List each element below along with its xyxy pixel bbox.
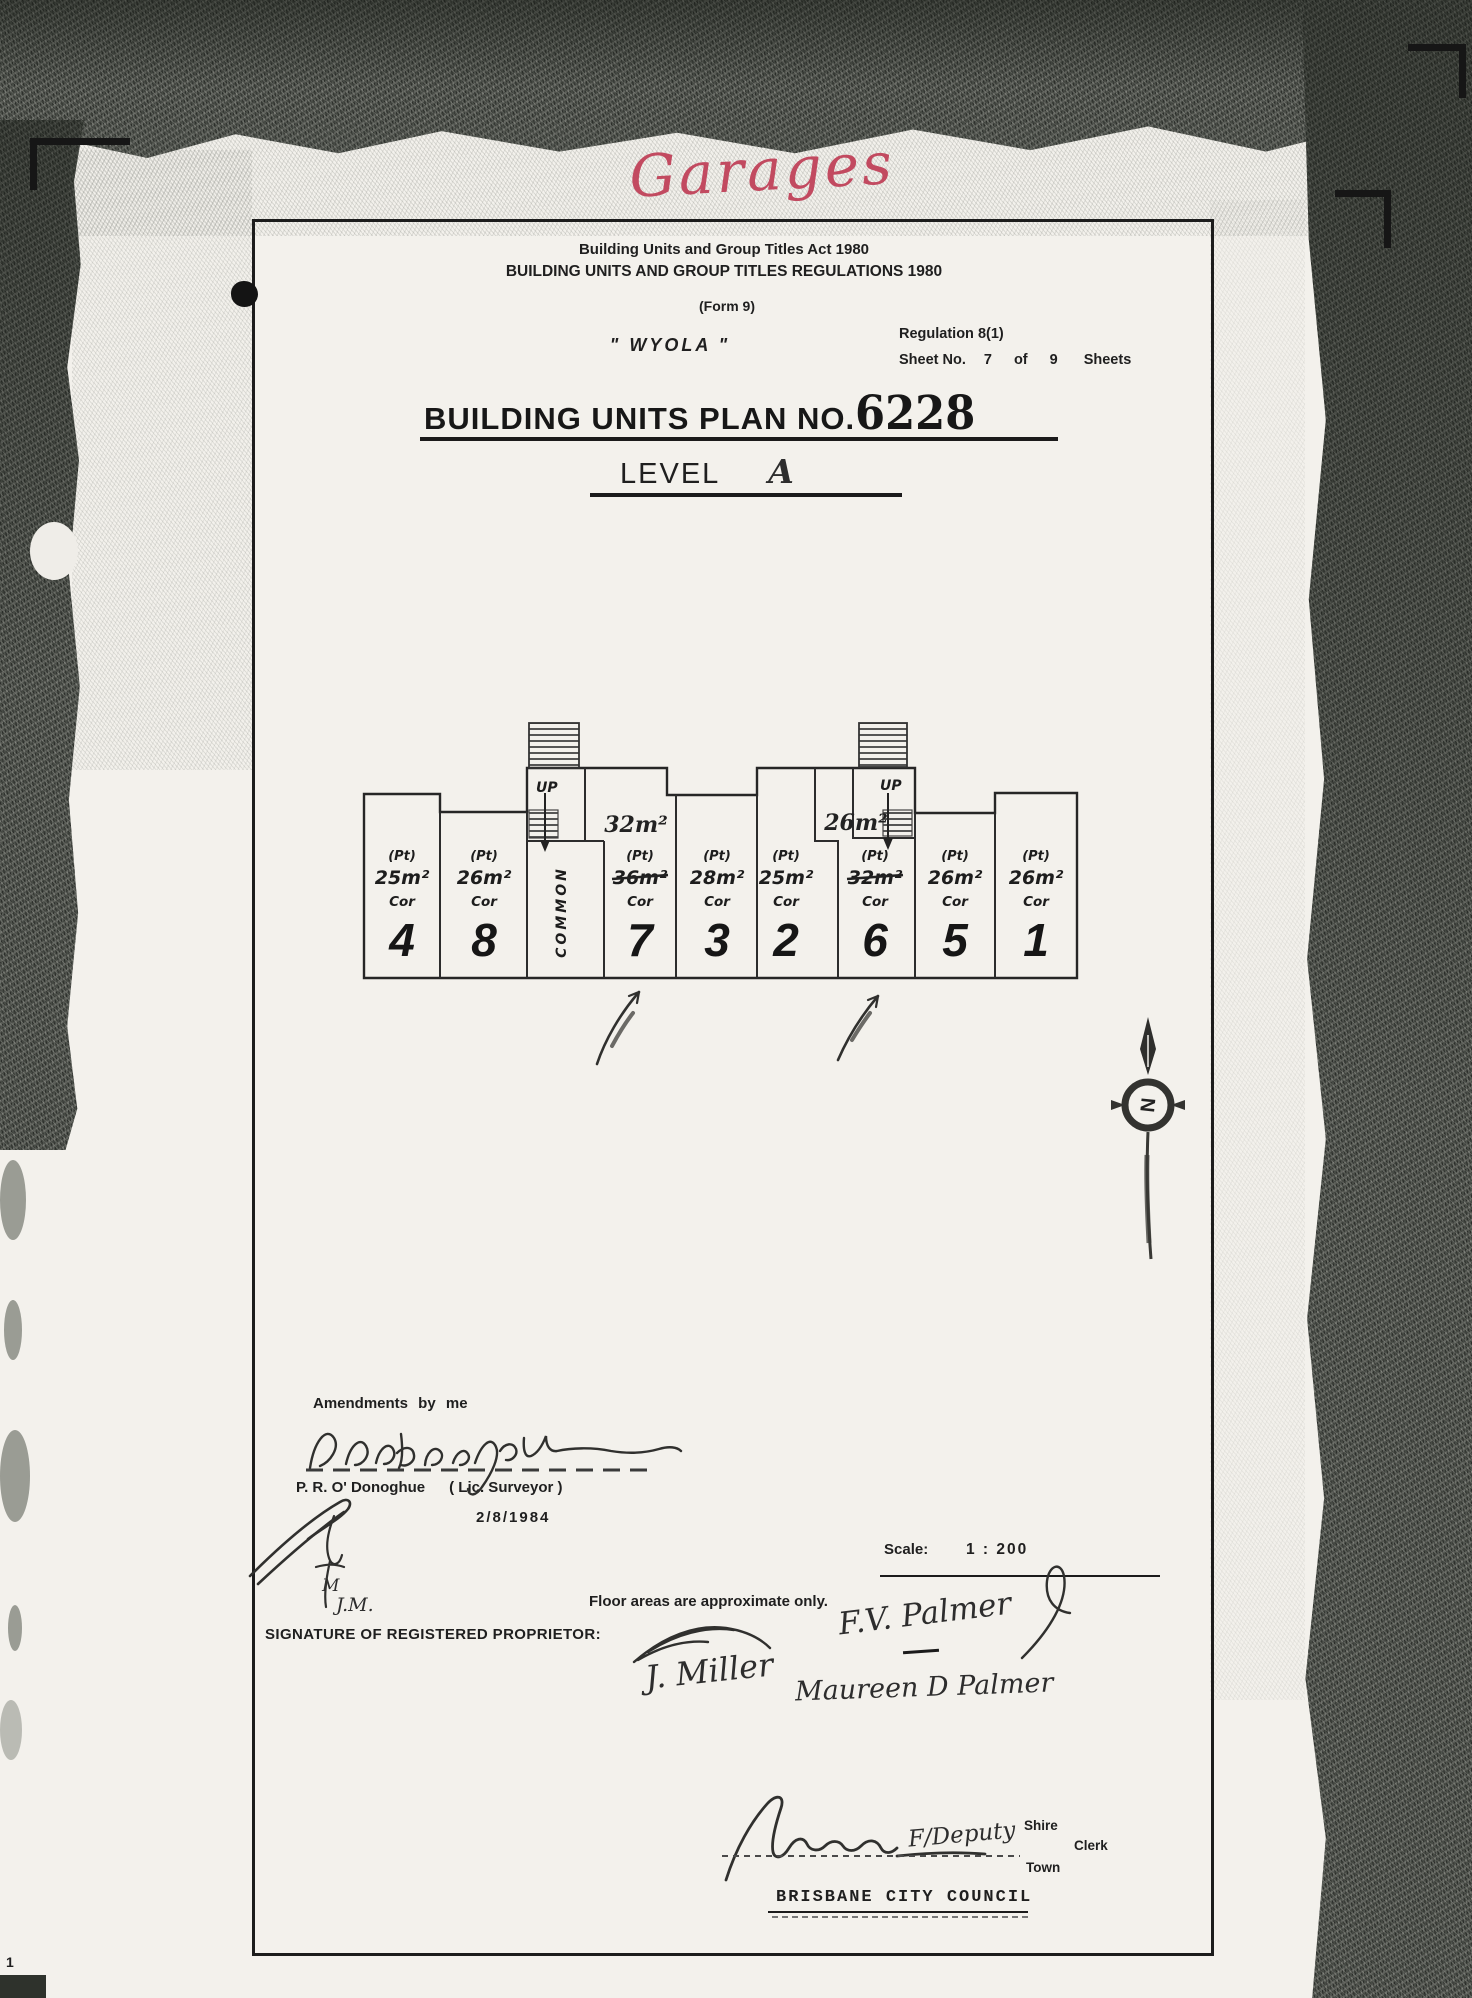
- unit-area-label: 25m²: [375, 867, 430, 889]
- unit-pt-label: (Pt): [861, 849, 889, 864]
- unit-number: 5: [942, 914, 969, 966]
- level-value: A: [768, 452, 794, 491]
- scan-mist-left: [72, 150, 252, 770]
- unit-cor-label: Cor: [773, 894, 800, 910]
- unit-number: 3: [704, 914, 730, 966]
- unit-cor-label: Cor: [704, 894, 731, 910]
- corner-bracket-top-right-inner: [1384, 190, 1391, 248]
- unit-number: 1: [1023, 914, 1049, 966]
- unit-area-label: 26m²: [928, 867, 983, 889]
- unit-pt-label: (Pt): [941, 849, 969, 864]
- unit-corrected-area: 32m²: [604, 812, 668, 838]
- unit-number: 8: [471, 914, 497, 966]
- unit-cor-label: Cor: [389, 894, 416, 910]
- title-underline: [420, 437, 1058, 441]
- unit-pt-label: (Pt): [626, 849, 654, 864]
- unit-pt-label: (Pt): [772, 849, 800, 864]
- pen-arrow-to-unit-6: [838, 996, 878, 1060]
- common-area-label: COMMON: [554, 866, 570, 958]
- sheet-of: of: [1014, 352, 1028, 368]
- pen-arrow-to-unit-7: [597, 992, 639, 1064]
- scan-noise-right: [1302, 0, 1472, 1998]
- surveyor-name: P. R. O' Donoghue: [296, 1479, 425, 1496]
- unit-number: 7: [627, 914, 655, 966]
- stair-down-arrowhead: [540, 840, 550, 852]
- north-label: N: [1135, 1097, 1158, 1114]
- scan-blob: [0, 1160, 26, 1240]
- scan-blob: [0, 1700, 22, 1760]
- unit-pt-label: (Pt): [703, 849, 731, 864]
- unit-pt-label: (Pt): [470, 849, 498, 864]
- unit-area-label: 28m²: [690, 867, 745, 889]
- clerk-label: Clerk: [1074, 1838, 1108, 1853]
- scan-blob: [8, 1605, 22, 1651]
- scale-label: Scale:: [884, 1541, 928, 1558]
- north-compass: N: [1085, 1005, 1215, 1275]
- sheet-total: 9: [1050, 352, 1058, 368]
- scan-mist-right: [1210, 200, 1305, 1700]
- up-label-left: UP: [536, 780, 558, 796]
- level-label: LEVEL: [620, 458, 720, 491]
- council-underline-dashed: [772, 1916, 1028, 1918]
- plan-number: 6228: [855, 390, 975, 437]
- unit-cor-label: Cor: [942, 894, 969, 910]
- page-number: 1: [6, 1954, 14, 1970]
- corner-bracket-top-left: [30, 138, 37, 190]
- form-line: (Form 9): [699, 298, 755, 314]
- corner-bracket-top-right-outer: [1408, 44, 1466, 51]
- plan-title: BUILDING UNITS PLAN NO.: [424, 401, 855, 437]
- scan-blob: [4, 1300, 22, 1360]
- handwritten-garages-note: Garages: [628, 129, 897, 211]
- corner-bracket-top-right-inner: [1335, 190, 1391, 197]
- level-row: LEVEL A: [620, 452, 794, 491]
- unit-area-label: 26m²: [1009, 867, 1064, 889]
- town-label: Town: [1026, 1860, 1060, 1875]
- sheet-line: Sheet No. 7 of 9 Sheets: [899, 352, 1131, 368]
- hole-punch-dot: [231, 281, 258, 307]
- proprietor-initial-jm: J.M.: [336, 1594, 374, 1616]
- unit-number: 2: [772, 914, 799, 966]
- unit-pt-label: (Pt): [1022, 849, 1050, 864]
- scale-value: 1 : 200: [966, 1541, 1028, 1559]
- unit-cor-label: Cor: [471, 894, 498, 910]
- scanned-survey-plan-page: { "page": { "handwritten_note": "Garages…: [0, 0, 1472, 1998]
- unit-number: 6: [862, 914, 888, 966]
- unit-corrected-area: 26m²: [823, 810, 888, 836]
- unit-number: 4: [388, 914, 415, 966]
- floor-plan-drawing: UP UP COMMON (Pt)25m²Cor4(Pt)26m²Cor832m…: [340, 690, 1100, 1110]
- shire-label: Shire: [1024, 1818, 1058, 1833]
- sheet-label: Sheet No.: [899, 352, 966, 368]
- corner-bracket-top-right-outer: [1459, 44, 1466, 98]
- plan-title-row: BUILDING UNITS PLAN NO. 6228: [424, 390, 986, 437]
- up-label-right: UP: [880, 778, 902, 794]
- regulations-line: BUILDING UNITS AND GROUP TITLES REGULATI…: [506, 263, 942, 281]
- scan-edge-bottom-left: [0, 1975, 46, 1998]
- surveyor-name-line: P. R. O' Donoghue ( Lic. Surveyor ): [296, 1479, 563, 1496]
- unit-labels: (Pt)25m²Cor4(Pt)26m²Cor832m²(Pt)36m²Cor7…: [375, 810, 1064, 966]
- amendment-date: 2/8/1984: [476, 1509, 550, 1526]
- level-underline: [590, 493, 902, 497]
- council-name: BRISBANE CITY COUNCIL: [776, 1888, 1032, 1907]
- proprietor-label: SIGNATURE OF REGISTERED PROPRIETOR:: [265, 1626, 601, 1643]
- amendments-label: Amendments by me: [313, 1395, 468, 1412]
- unit-pt-label: (Pt): [388, 849, 416, 864]
- sheet-suffix: Sheets: [1084, 352, 1132, 368]
- scan-blob: [0, 1430, 30, 1522]
- unit-cor-label: Cor: [1023, 894, 1050, 910]
- surveyor-credential: ( Lic. Surveyor ): [449, 1479, 562, 1496]
- unit-cor-label: Cor: [627, 894, 654, 910]
- floor-areas-note: Floor areas are approximate only.: [589, 1593, 828, 1610]
- unit-cor-label: Cor: [862, 894, 889, 910]
- scan-white-spot: [30, 522, 78, 580]
- unit-area-label: 26m²: [457, 867, 512, 889]
- corner-bracket-top-left: [30, 138, 130, 145]
- proprietor-initial-m: M: [322, 1576, 339, 1596]
- unit-area-label: 25m²: [759, 867, 814, 889]
- act-line: Building Units and Group Titles Act 1980: [579, 241, 869, 258]
- scale-underline: [880, 1575, 1160, 1577]
- council-underline: [768, 1911, 1028, 1913]
- regulation-ref: Regulation 8(1): [899, 326, 1004, 342]
- sheet-number: 7: [984, 352, 992, 368]
- building-name: " WYOLA ": [610, 335, 730, 356]
